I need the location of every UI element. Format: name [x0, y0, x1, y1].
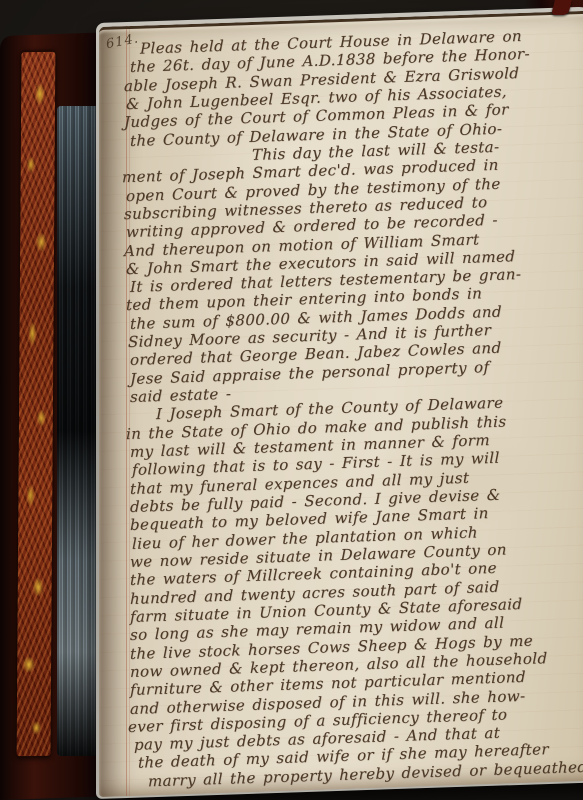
handwriting-block: Pleas held at the Court House in Delawar… — [130, 24, 583, 796]
scanned-book-photo: 614. Pleas held at the Court House in De… — [0, 0, 583, 800]
marbled-paper-strip — [17, 52, 56, 757]
margin-rule-line — [126, 29, 127, 796]
manuscript-page: 614. Pleas held at the Court House in De… — [99, 10, 583, 797]
